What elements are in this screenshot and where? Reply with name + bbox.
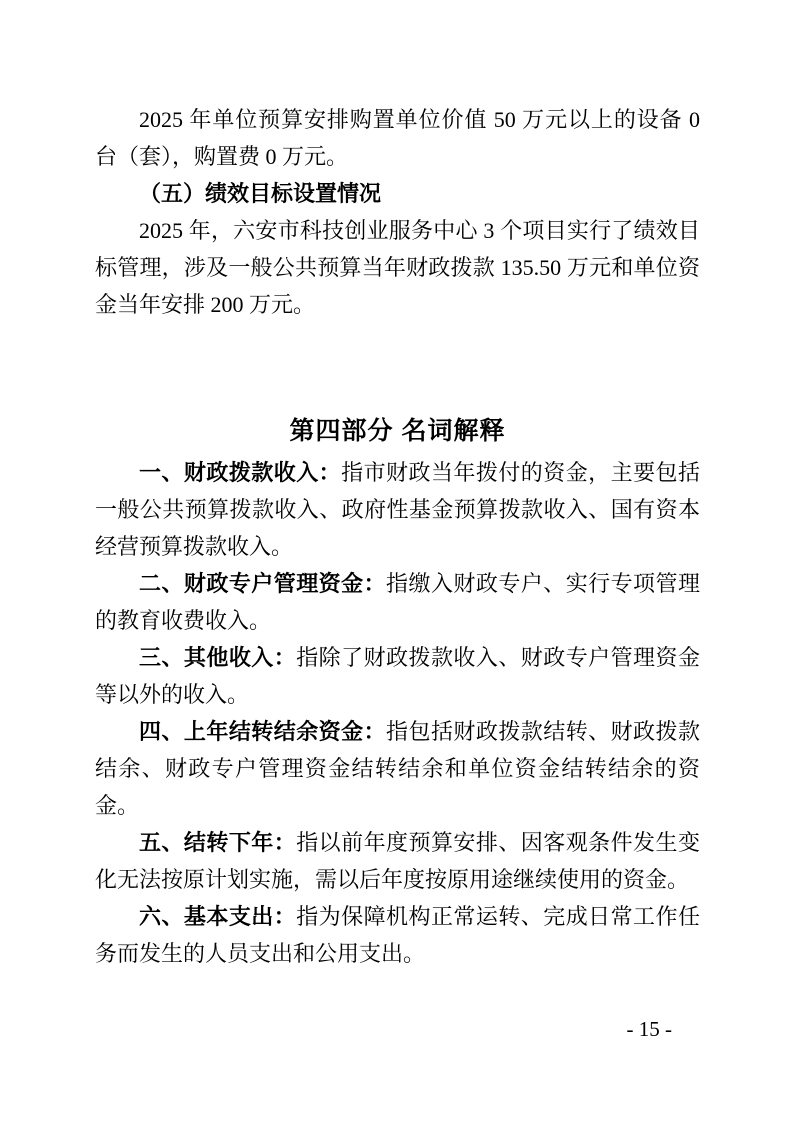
heading-performance-targets: （五）绩效目标设置情况 xyxy=(95,175,700,212)
glossary-term-3-label: 三、其他收入： xyxy=(139,645,296,670)
document-page: 2025 年单位预算安排购置单位价值 50 万元以上的设备 0 台（套），购置费… xyxy=(0,0,793,1122)
glossary-term-3: 三、其他收入：指除了财政拨款收入、财政专户管理资金等以外的收入。 xyxy=(95,639,700,713)
section-title-glossary: 第四部分 名词解释 xyxy=(95,408,700,454)
paragraph-performance-targets: 2025 年，六安市科技创业服务中心 3 个项目实行了绩效目标管理，涉及一般公共… xyxy=(95,212,700,323)
paragraph-equipment-purchase: 2025 年单位预算安排购置单位价值 50 万元以上的设备 0 台（套），购置费… xyxy=(95,101,700,175)
glossary-term-5: 五、结转下年：指以前年度预算安排、因客观条件发生变化无法按原计划实施，需以后年度… xyxy=(95,824,700,898)
glossary-term-6: 六、基本支出：指为保障机构正常运转、完成日常工作任务而发生的人员支出和公用支出。 xyxy=(95,898,700,972)
glossary-term-4-label: 四、上年结转结余资金： xyxy=(139,719,386,744)
glossary-term-2: 二、财政专户管理资金：指缴入财政专户、实行专项管理的教育收费收入。 xyxy=(95,565,700,639)
glossary-term-2-label: 二、财政专户管理资金： xyxy=(139,571,386,596)
glossary-term-1-label: 一、财政拨款收入： xyxy=(139,460,341,485)
glossary-term-5-label: 五、结转下年： xyxy=(139,830,296,855)
glossary-term-1: 一、财政拨款收入：指市财政当年拨付的资金，主要包括一般公共预算拨款收入、政府性基… xyxy=(95,454,700,565)
glossary-term-6-label: 六、基本支出： xyxy=(139,904,296,929)
glossary-term-4: 四、上年结转结余资金：指包括财政拨款结转、财政拨款结余、财政专户管理资金结转结余… xyxy=(95,713,700,824)
page-number: - 15 - xyxy=(627,1014,673,1044)
